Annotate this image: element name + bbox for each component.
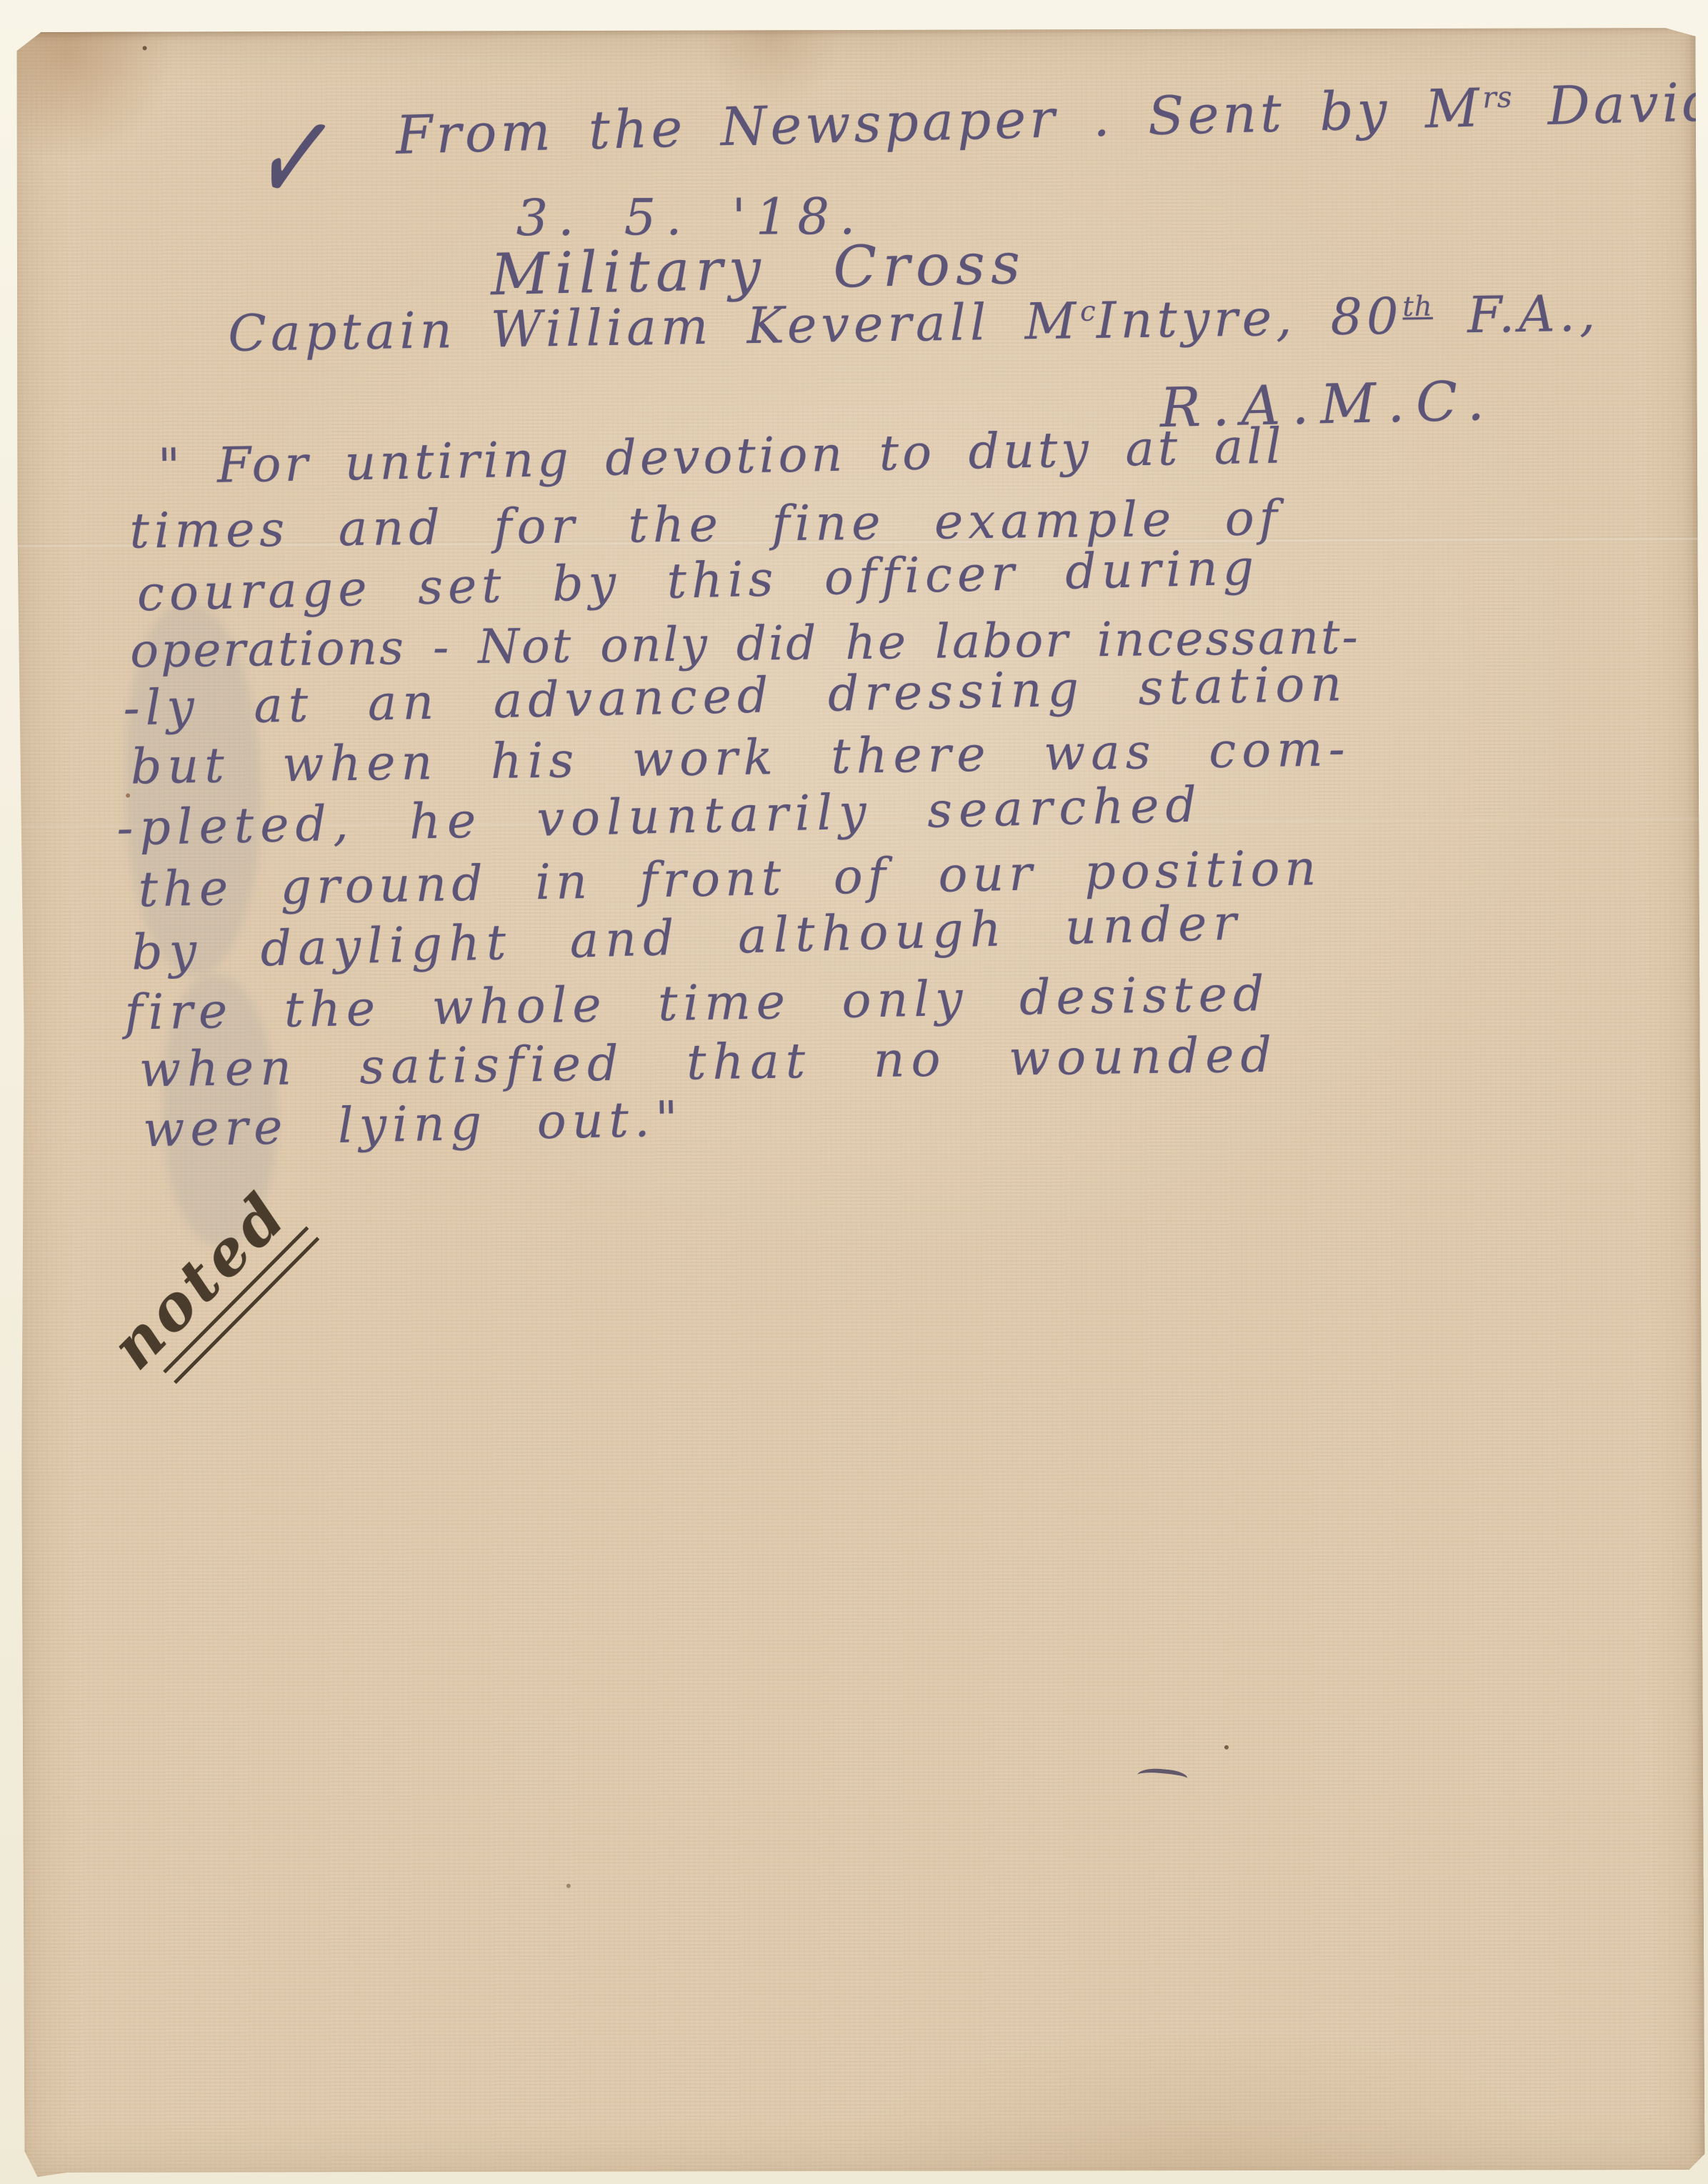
header-text-1: From the Newspaper . Sent by M [395, 77, 1484, 166]
checkmark-annotation: ✓ [246, 76, 348, 242]
paper-speck [126, 793, 130, 797]
document-page: ✓ From the Newspaper . Sent by Mrs David… [15, 25, 1704, 2177]
recipient-line: Captain William Keverall McIntyre, 80th … [228, 284, 1600, 362]
noted-annotation: noted [70, 1160, 357, 1432]
header-line: From the Newspaper . Sent by Mrs David [395, 71, 1708, 166]
paper-speck [143, 46, 147, 50]
header-text-2: David [1512, 71, 1708, 138]
recipient-superscript-c: c [1080, 295, 1097, 327]
citation-line: " For untiring devotion to duty at all [157, 418, 1285, 495]
stray-ink-mark [1137, 1767, 1188, 1789]
citation-line: were lying out." [142, 1091, 684, 1158]
recipient-superscript-th: th [1402, 291, 1433, 324]
paper-speck [1224, 1745, 1229, 1750]
recipient-text-3: F.A., [1432, 284, 1599, 344]
header-superscript: rs [1482, 80, 1514, 115]
recipient-text-1: Captain William Keverall M [228, 291, 1081, 363]
recipient-text-2: Intyre, 80 [1096, 286, 1403, 349]
paper-speck [566, 1884, 571, 1888]
